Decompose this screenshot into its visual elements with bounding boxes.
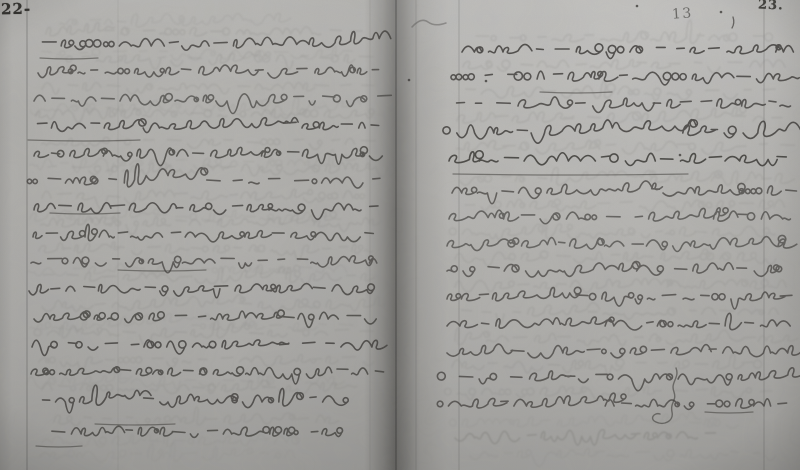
manuscript-artwork	[0, 0, 800, 470]
vignette	[0, 0, 800, 470]
folio-annotation-pencil: 13	[671, 5, 693, 22]
page-number-right: 23.	[758, 0, 784, 13]
page-number-left: 22-	[1, 0, 31, 18]
manuscript-spread: 22- 13 23.	[0, 0, 800, 470]
